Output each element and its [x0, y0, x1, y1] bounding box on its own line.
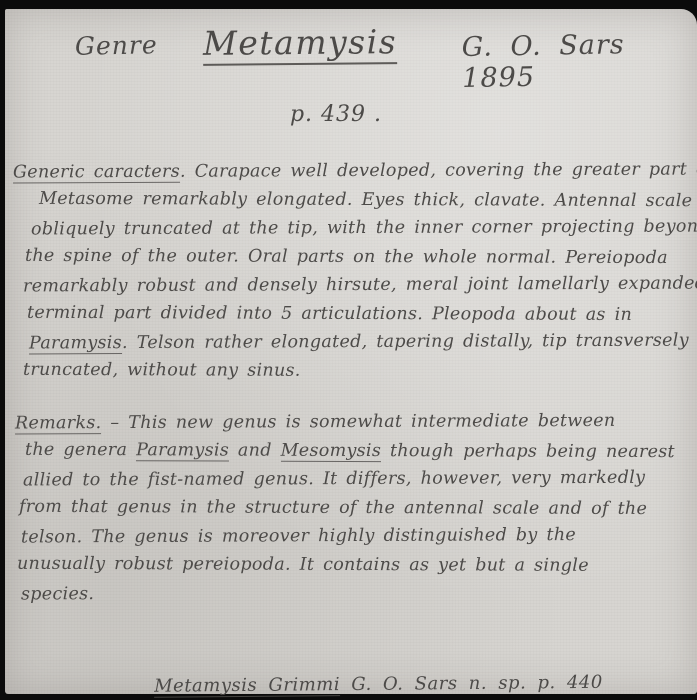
remarks-paragraph: Remarks. – This new genus is somewhat in… [5, 408, 697, 608]
handwritten-line: allied to the fist-named genus. It diffe… [23, 464, 697, 495]
species-citation: G. O. Sars n. sp. p. 440 [340, 671, 603, 694]
handwritten-line: Paramysis. Telson rather elongated, tape… [29, 327, 697, 358]
handwritten-line: the genera Paramysis and Mesomysis thoug… [25, 435, 697, 466]
species-name: Metamysis Grimmi [154, 674, 340, 698]
handwritten-line: Generic caracters. Carapace well develop… [13, 156, 697, 187]
page-reference: p. 439 . [5, 102, 667, 127]
handwritten-line: from that genus in the structure of the … [19, 492, 697, 523]
genus-name: Metamysis [202, 22, 396, 66]
generic-characters-paragraph: Generic caracters. Carapace well develop… [5, 157, 697, 385]
genus-reference: Paramysis [29, 333, 122, 354]
author-year: G. O. Sars 1895 [461, 28, 697, 94]
handwritten-line: telson. The genus is moreover highly dis… [21, 521, 697, 552]
page-title: Genre Metamysis G. O. Sars 1895 [5, 9, 697, 92]
handwritten-line: species. [21, 578, 697, 609]
handwritten-line: Metasome remarkably elongated. Eyes thic… [39, 184, 697, 215]
handwritten-line: unusually robust pereiopoda. It contains… [17, 549, 697, 580]
genus-reference: Paramysis [136, 440, 229, 461]
genre-label: Genre [75, 30, 158, 60]
section-heading: Generic caracters [13, 162, 180, 184]
notebook-page: Genre Metamysis G. O. Sars 1895 p. 439 .… [5, 9, 697, 694]
section-heading: Remarks. [15, 413, 102, 434]
species-reference-line: Metamysis Grimmi G. O. Sars n. sp. p. 44… [5, 670, 697, 697]
handwritten-line: Remarks. – This new genus is somewhat in… [15, 407, 697, 438]
genus-reference: Mesomysis [281, 440, 382, 461]
handwritten-line: terminal part divided into 5 articulatio… [27, 298, 697, 329]
handwritten-line: truncated, without any sinus. [23, 355, 697, 386]
handwritten-line: remarkably robust and densely hirsute, m… [23, 270, 697, 301]
photo-background: Genre Metamysis G. O. Sars 1895 p. 439 .… [0, 0, 697, 700]
handwritten-line: obliquely truncated at the tip, with the… [31, 213, 697, 244]
handwritten-line: the spine of the outer. Oral parts on th… [25, 241, 697, 272]
